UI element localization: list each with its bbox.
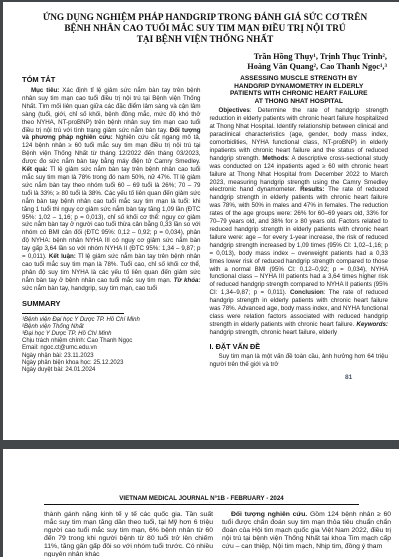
page-1-columns: TÓM TẮT Mục tiêu: Xác định tỉ lệ giảm sứ… xyxy=(22,75,388,374)
article-title-vietnamese: ỨNG DỤNG NGHIỆM PHÁP HANDGRIP TRONG ĐÁNH… xyxy=(21,13,389,46)
abstract-vietnamese-text: Mục tiêu: Xác định tỉ lệ giảm sức nắm bà… xyxy=(22,87,201,293)
page-2-right-column: Đối tượng nghiên cứu. Gồm 124 bệnh nhân … xyxy=(222,511,391,557)
footnote-separator-rule xyxy=(22,313,124,314)
abstract-english-text: Objectives: Determine the rate of handgr… xyxy=(210,107,389,336)
abstract-column-vietnamese: TÓM TẮT Mục tiêu: Xác định tỉ lệ giảm sứ… xyxy=(22,75,201,374)
section-1-intro-text: Suy tim mạn là một vấn đề toàn cầu, ảnh … xyxy=(210,353,389,369)
article-page-1: ỨNG DỤNG NGHIỆM PHÁP HANDGRIP TRONG ĐÁNH… xyxy=(3,2,399,440)
abstract-column-english: ASSESSING MUSCLE STRENGTH BY HANDGRIP DY… xyxy=(210,75,389,374)
footnote-lines: ¹Bệnh viện Đại học Y Dược TP. Hồ Chí Min… xyxy=(22,317,201,375)
page-2-left-column: thành gánh nặng kinh tế y tế các quốc gi… xyxy=(44,511,213,557)
article-page-2: VIETNAM MEDICAL JOURNAL N°1B - FEBRUARY … xyxy=(3,449,399,557)
author-list: Trần Hồng Thụy¹, Trịnh Thục Trinh², Hoàn… xyxy=(157,52,387,71)
page-number: 81 xyxy=(345,374,352,381)
journal-running-header: VIETNAM MEDICAL JOURNAL N°1B - FEBRUARY … xyxy=(44,495,359,505)
section-1-heading: I. ĐẶT VẤN ĐỀ xyxy=(210,342,389,351)
summary-heading: SUMMARY xyxy=(22,299,201,308)
pdf-viewer-background: { "viewer": { "background_color": "#4347… xyxy=(0,0,399,557)
footnote-block: ¹Bệnh viện Đại học Y Dược TP. Hồ Chí Min… xyxy=(22,313,201,375)
article-title-english: ASSESSING MUSCLE STRENGTH BY HANDGRIP DY… xyxy=(210,75,389,105)
tom-tat-heading: TÓM TẮT xyxy=(22,75,201,84)
page-2-left-text: thành gánh nặng kinh tế y tế các quốc gi… xyxy=(44,511,213,557)
page-gap xyxy=(0,440,399,449)
page-2-columns: thành gánh nặng kinh tế y tế các quốc gi… xyxy=(44,511,391,557)
page-2-right-text: Đối tượng nghiên cứu. Gồm 124 bệnh nhân … xyxy=(222,511,391,551)
